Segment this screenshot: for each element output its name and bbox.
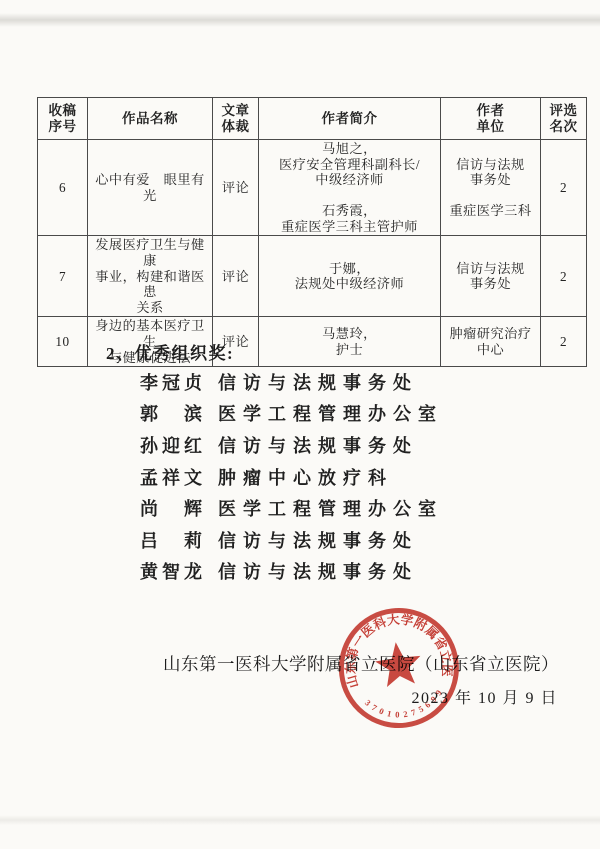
cell-receipt-no: 6	[38, 140, 88, 236]
cell-receipt-no: 7	[38, 236, 88, 317]
cell-work-title: 发展医疗卫生与健康 事业，构建和谐医患 关系	[88, 236, 213, 317]
list-item: 吕 莉 信访与法规事务处	[140, 524, 443, 556]
cell-author-intro: 马旭之， 医疗安全管理科副科长/ 中级经济师 石秀霞， 重症医学三科主管护师	[259, 140, 441, 236]
col-header-rank: 评选 名次	[541, 98, 587, 140]
awardee-name: 尚 辉	[140, 495, 218, 521]
cell-receipt-no: 10	[38, 317, 88, 367]
col-header-receipt-no: 收稿 序号	[38, 98, 88, 140]
scan-artifact-line-bottom	[0, 815, 600, 825]
cell-author-unit: 信访与法规 事务处 重症医学三科	[441, 140, 541, 236]
cell-genre: 评论	[213, 140, 259, 236]
list-item: 尚 辉 医学工程管理办公室	[140, 492, 443, 524]
list-item: 郭 滨 医学工程管理办公室	[140, 398, 443, 430]
awardee-unit: 信访与法规事务处	[218, 432, 418, 458]
list-item: 孟祥文 肿瘤中心放疗科	[140, 461, 443, 493]
list-item: 孙迎红 信访与法规事务处	[140, 429, 443, 461]
award-list: 李冠贞 信访与法规事务处 郭 滨 医学工程管理办公室 孙迎红 信访与法规事务处 …	[140, 366, 443, 587]
awardee-unit: 信访与法规事务处	[218, 527, 418, 553]
cell-author-intro: 马慧玲， 护士	[259, 317, 441, 367]
cell-genre: 评论	[213, 236, 259, 317]
scan-artifact-line	[0, 13, 600, 27]
cell-rank: 2	[541, 236, 587, 317]
awardee-name: 黄智龙	[140, 558, 218, 584]
scanned-document-page: 收稿 序号 作品名称 文章 体裁 作者简介 作者 单位 评选 名次 6 心中有爱…	[0, 0, 600, 849]
awardee-name: 孙迎红	[140, 432, 218, 458]
cell-work-title: 心中有爱 眼里有光	[88, 140, 213, 236]
table-row: 6 心中有爱 眼里有光 评论 马旭之， 医疗安全管理科副科长/ 中级经济师 石秀…	[38, 140, 587, 236]
awardee-unit: 医学工程管理办公室	[218, 495, 443, 521]
star-icon	[373, 639, 424, 688]
awardee-unit: 肿瘤中心放疗科	[218, 464, 393, 490]
col-header-author-intro: 作者简介	[259, 98, 441, 140]
award-section-title: 2、优秀组织奖:	[106, 339, 234, 364]
col-header-work-title: 作品名称	[88, 98, 213, 140]
col-header-genre: 文章 体裁	[213, 98, 259, 140]
cell-author-unit: 信访与法规 事务处	[441, 236, 541, 317]
awardee-unit: 信访与法规事务处	[218, 558, 418, 584]
cell-author-unit: 肿瘤研究治疗 中心	[441, 317, 541, 367]
list-item: 李冠贞 信访与法规事务处	[140, 366, 443, 398]
list-item: 黄智龙 信访与法规事务处	[140, 556, 443, 588]
official-seal: 山东第一医科大学附属省立医院 37010275699	[336, 605, 464, 737]
awardee-name: 郭 滨	[140, 400, 218, 426]
table-row: 7 发展医疗卫生与健康 事业，构建和谐医患 关系 评论 于娜， 法规处中级经济师…	[38, 236, 587, 317]
award-table: 收稿 序号 作品名称 文章 体裁 作者简介 作者 单位 评选 名次 6 心中有爱…	[37, 97, 587, 367]
cell-rank: 2	[541, 317, 587, 367]
awardee-unit: 信访与法规事务处	[218, 369, 418, 395]
table-header-row: 收稿 序号 作品名称 文章 体裁 作者简介 作者 单位 评选 名次	[38, 98, 587, 140]
awardee-name: 李冠贞	[140, 369, 218, 395]
awardee-unit: 医学工程管理办公室	[218, 400, 443, 426]
cell-author-intro: 于娜， 法规处中级经济师	[259, 236, 441, 317]
cell-rank: 2	[541, 140, 587, 236]
awardee-name: 孟祥文	[140, 464, 218, 490]
awardee-name: 吕 莉	[140, 527, 218, 553]
col-header-author-unit: 作者 单位	[441, 98, 541, 140]
